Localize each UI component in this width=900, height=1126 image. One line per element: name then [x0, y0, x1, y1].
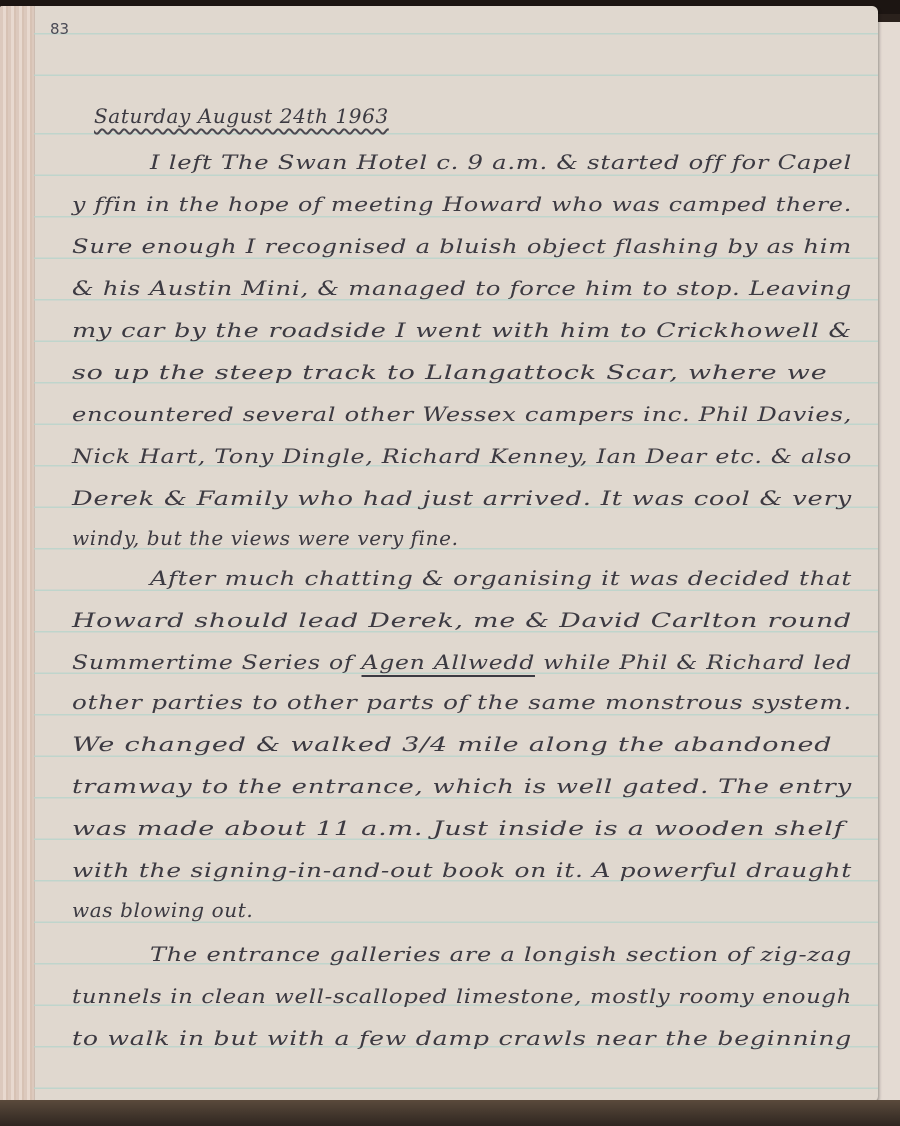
- handwritten-line: Nick Hart, Tony Dingle, Richard Kenney, …: [72, 444, 852, 468]
- handwritten-line: tramway to the entrance, which is well g…: [72, 774, 852, 798]
- handwritten-line: Derek & Family who had just arrived. It …: [72, 486, 852, 510]
- page-edges: [0, 6, 35, 1102]
- handwritten-line: encountered several other Wessex campers…: [72, 402, 852, 426]
- handwritten-line: Howard should lead Derek, me & David Car…: [72, 608, 852, 632]
- handwritten-line: I left The Swan Hotel c. 9 a.m. & starte…: [150, 150, 852, 174]
- handwritten-line: windy, but the views were very fine.: [72, 526, 459, 550]
- handwritten-line: so up the steep track to Llangattock Sca…: [72, 360, 828, 384]
- handwritten-line: Summertime Series of Agen Allwedd while …: [72, 650, 852, 674]
- handwritten-line: & his Austin Mini, & managed to force hi…: [72, 276, 852, 300]
- handwritten-line: The entrance galleries are a longish sec…: [150, 942, 852, 966]
- handwritten-line: was blowing out.: [72, 898, 253, 922]
- page-number: 83: [50, 20, 69, 38]
- handwritten-line: y ffin in the hope of meeting Howard who…: [72, 192, 852, 216]
- notebook-page: 83 Saturday August 24th 1963 I left The …: [0, 6, 878, 1102]
- handwritten-line: to walk in but with a few damp crawls ne…: [72, 1026, 852, 1050]
- adjacent-page: [876, 22, 900, 1102]
- handwritten-line: my car by the roadside I went with him t…: [72, 318, 852, 342]
- handwritten-line: other parties to other parts of the same…: [72, 690, 852, 714]
- handwritten-line: was made about 11 a.m. Just inside is a …: [72, 816, 844, 840]
- handwritten-line: with the signing-in-and-out book on it. …: [72, 858, 852, 882]
- underlined-cave-name: Agen Allwedd: [362, 650, 535, 674]
- entry-heading: Saturday August 24th 1963: [94, 104, 389, 128]
- handwritten-line: After much chatting & organising it was …: [150, 566, 852, 590]
- handwritten-line: We changed & walked 3/4 mile along the a…: [72, 732, 832, 756]
- background-bottom: [0, 1100, 900, 1126]
- handwritten-line: tunnels in clean well-scalloped limeston…: [72, 984, 852, 1008]
- handwritten-line: Sure enough I recognised a bluish object…: [72, 234, 852, 258]
